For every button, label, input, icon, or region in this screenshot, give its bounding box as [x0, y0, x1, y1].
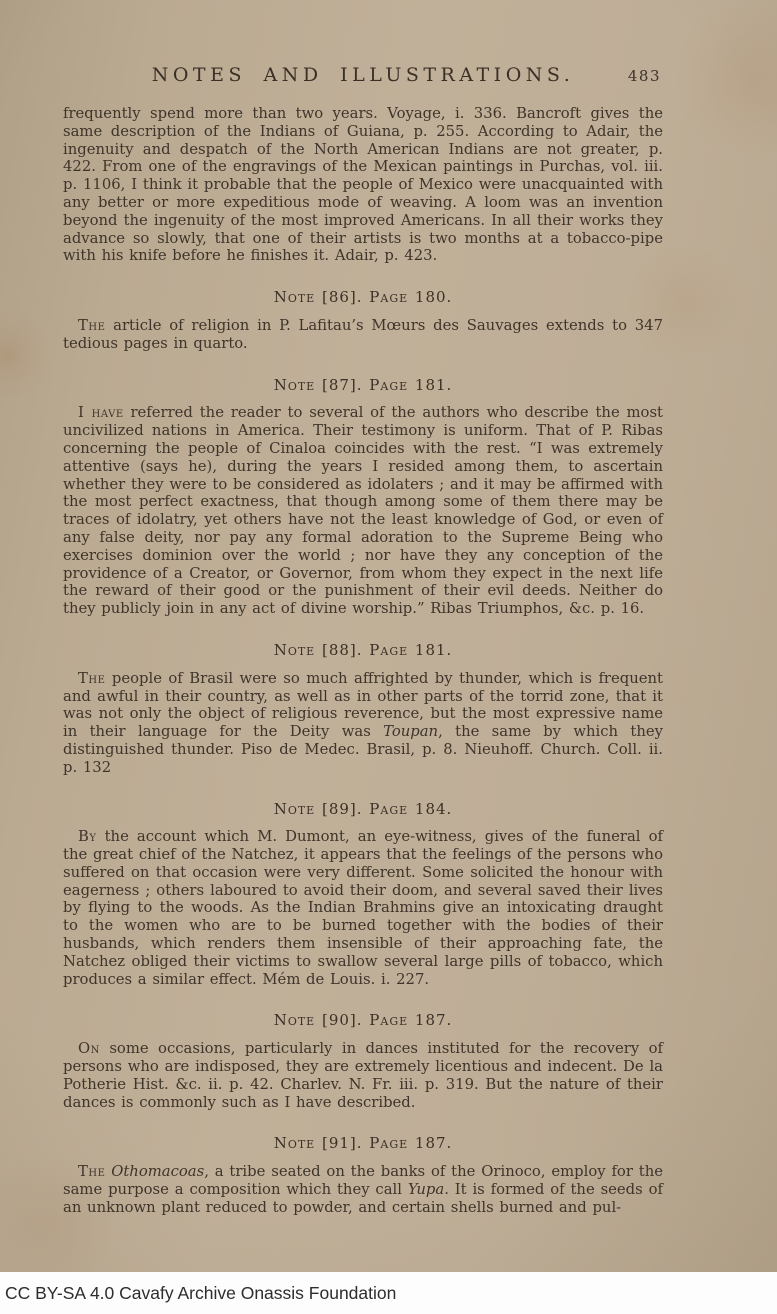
note-heading: Note [88]. Page 181.: [63, 642, 663, 660]
note-heading: Note [91]. Page 187.: [63, 1135, 663, 1153]
italic-term: Yupa: [408, 1181, 444, 1198]
note-91: Note [91]. Page 187. The Othomacoas, a t…: [63, 1135, 663, 1216]
license-text: CC BY-SA 4.0 Cavafy Archive Onassis Foun…: [5, 1283, 396, 1304]
note-body: The Othomacoas, a tribe seated on the ba…: [63, 1163, 663, 1216]
note-89: Note [89]. Page 184. By the account whic…: [63, 801, 663, 989]
small-caps-lead: The: [78, 1163, 105, 1180]
note-heading: Note [86]. Page 180.: [63, 289, 663, 307]
note-body-text: the account which M. Dumont, an eye-witn…: [63, 828, 663, 987]
note-heading: Note [87]. Page 181.: [63, 377, 663, 395]
scanned-book-page: NOTES AND ILLUSTRATIONS. 483 frequently …: [0, 0, 777, 1314]
note-heading: Note [90]. Page 187.: [63, 1012, 663, 1030]
license-bar: CC BY-SA 4.0 Cavafy Archive Onassis Foun…: [0, 1272, 777, 1314]
note-body: The article of religion in P. Lafitau’s …: [63, 317, 663, 353]
note-body-text: article of religion in P. Lafitau’s Mœur…: [63, 317, 663, 352]
small-caps-lead: The: [78, 317, 105, 334]
note-body: The people of Brasil were so much affrig…: [63, 670, 663, 777]
small-caps-lead: The: [78, 670, 105, 687]
note-88: Note [88]. Page 181. The people of Brasi…: [63, 642, 663, 777]
small-caps-lead: I have: [78, 404, 124, 421]
note-87: Note [87]. Page 181. I have referred the…: [63, 377, 663, 618]
page-number: 483: [628, 67, 661, 85]
note-body: I have referred the reader to several of…: [63, 404, 663, 618]
continuation-paragraph: frequently spend more than two years. Vo…: [63, 105, 663, 265]
small-caps-lead: On: [78, 1040, 100, 1057]
note-body-text: referred the reader to several of the au…: [63, 404, 663, 617]
small-caps-lead: By: [78, 828, 96, 845]
note-90: Note [90]. Page 187. On some occasions, …: [63, 1012, 663, 1111]
page-title: NOTES AND ILLUSTRATIONS.: [63, 64, 663, 86]
note-body: By the account which M. Dumont, an eye-w…: [63, 828, 663, 988]
note-body: On some occasions, particularly in dance…: [63, 1040, 663, 1111]
note-86: Note [86]. Page 180. The article of reli…: [63, 289, 663, 352]
note-body-text: some occasions, particularly in dances i…: [63, 1040, 663, 1110]
note-heading: Note [89]. Page 184.: [63, 801, 663, 819]
page-text: frequently spend more than two years. Vo…: [63, 105, 663, 1217]
italic-term: Othomacoas: [111, 1163, 204, 1180]
italic-term: Toupan: [383, 723, 438, 740]
running-head: NOTES AND ILLUSTRATIONS. 483: [63, 64, 663, 90]
